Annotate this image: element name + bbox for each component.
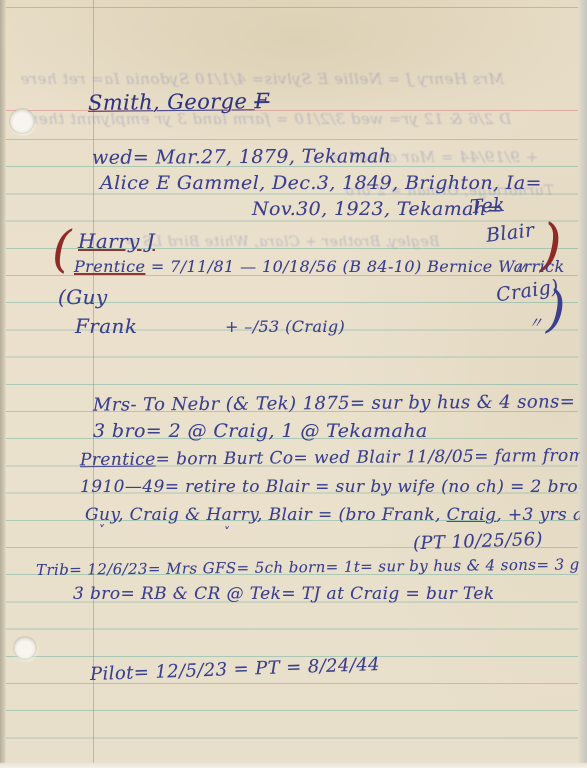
- ruled-line-red: [6, 7, 578, 8]
- son-prentice-dates: = 7/11/81 — 10/18/56 (B: [145, 257, 366, 276]
- punch-hole-bottom: [14, 637, 36, 659]
- son-harry-name: Harry J: [78, 229, 155, 253]
- caret-mark: ˅: [224, 525, 230, 539]
- ditto-mark: 〃: [528, 312, 543, 333]
- line-wife: Alice E Gammel, Dec.3, 1849, Brighton, I…: [100, 172, 542, 194]
- caret-mark: ˅: [99, 523, 105, 537]
- red-open-paren: (: [52, 224, 72, 274]
- blue-close-paren: ): [546, 284, 566, 334]
- heading-name-text: Smith, George: [88, 89, 255, 115]
- note-mrs-line2: 3 bro= 2 @ Craig, 1 @ Tekamaha: [93, 420, 428, 442]
- scanned-notebook-page: Mrs Henry J = Nellie E Sylvis= 4/1/10 Sy…: [0, 0, 587, 768]
- note-prentice-line3c: , +3 yrs ago): [496, 505, 587, 525]
- scan-edge-right: [578, 0, 587, 768]
- son-frank: Frank: [75, 314, 137, 338]
- heading-name: Smith, George F: [88, 89, 270, 115]
- son-prentice-code: 84-10: [367, 257, 415, 276]
- note-prentice-name: Prentice: [80, 450, 156, 471]
- scan-edge-bottom: [0, 762, 587, 768]
- son-prentice: Prentice = 7/11/81 — 10/18/56 (B 84-10) …: [74, 257, 565, 276]
- son-harry: Harry J: [78, 229, 155, 253]
- line-wed: wed= Mar.27, 1879, Tekamah: [92, 145, 392, 169]
- note-trib-line2: 3 bro= RB & CR @ Tek= TJ at Craig = bur …: [73, 584, 495, 604]
- note-prentice-text: = born Burt Co= wed Blair 11/8/05= farm …: [156, 446, 586, 470]
- note-prentice-line3b: Craig: [447, 505, 497, 525]
- line-wife-death: Nov.30, 1923, Tekamah=: [252, 198, 503, 220]
- note-mrs-line1: Mrs- To Nebr (& Tek) 1875= sur by hus & …: [93, 391, 575, 415]
- line-wife-death-place: Tek: [469, 194, 506, 218]
- son-guy: (Guy: [58, 285, 108, 309]
- son-prentice-name: Prentice: [74, 257, 145, 276]
- note-prentice-line2: 1910—49= retire to Blair = sur by wife (…: [80, 477, 587, 497]
- punch-hole-top: [10, 109, 34, 133]
- note-prentice-line3: Guy, Craig & Harry, Blair = (bro Frank, …: [85, 505, 587, 525]
- son-prentice-spouse: ) Bernice Warrick: [415, 257, 565, 276]
- margin-line: [93, 0, 94, 768]
- scan-edge-left: [0, 0, 6, 768]
- son-frank-note: + –/53 (Craig): [225, 317, 345, 336]
- ditto-mark: 〃: [512, 258, 527, 279]
- heading-struck-initial: F: [254, 89, 269, 113]
- note-prentice-line3a: Guy, Craig & Harry, Blair = (bro Frank,: [85, 505, 447, 525]
